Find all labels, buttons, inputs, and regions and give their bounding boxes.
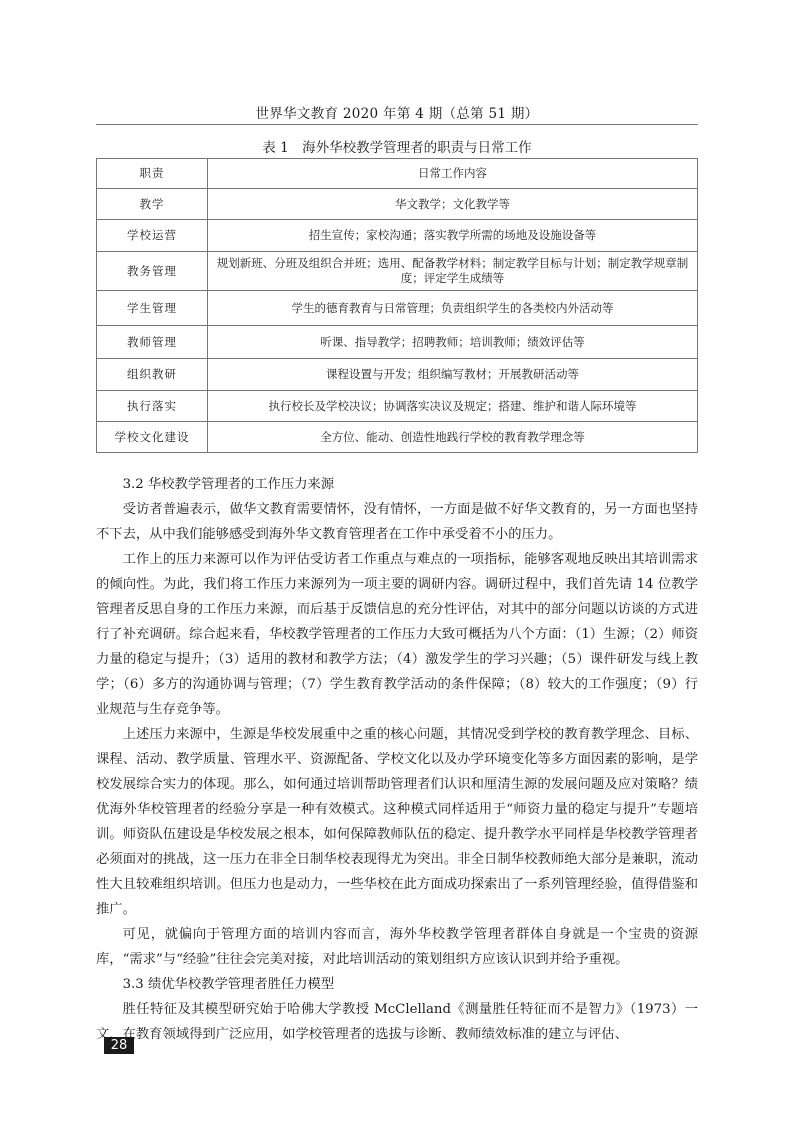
header-duty: 职责 [97, 159, 208, 189]
page-number: 28 [104, 1037, 134, 1054]
table-row: 组织教研课程设置与开发；组织编写教材；开展教研活动等 [97, 359, 698, 391]
section-heading-3-2: 3.2 华校教学管理者的工作压力来源 [96, 472, 698, 497]
header-rule [96, 124, 698, 125]
paragraph: 上述压力来源中，生源是华校发展重中之重的核心问题，其情况受到学校的教育教学理念、… [96, 722, 698, 922]
content-cell: 全方位、能动、创造性地践行学校的教育教学理念等 [208, 422, 698, 453]
header-content: 日常工作内容 [208, 159, 698, 189]
table-row: 学生管理学生的德育教育与日常管理；负责组织学生的各类校内外活动等 [97, 291, 698, 326]
table-row: 教师管理听课、指导教学；招聘教师；培训教师；绩效评估等 [97, 326, 698, 359]
duty-cell: 教务管理 [97, 252, 208, 291]
paragraph: 受访者普遍表示，做华文教育需要情怀，没有情怀，一方面是做不好华文教育的，另一方面… [96, 497, 698, 547]
paragraph: 可见，就偏向于管理方面的培训内容而言，海外华校教学管理者群体自身就是一个宝贵的资… [96, 922, 698, 972]
duty-cell: 学校文化建设 [97, 422, 208, 453]
content-cell: 执行校长及学校决议；协调落实决议及规定；搭建、维护和谐人际环境等 [208, 391, 698, 422]
table-caption: 表 1 海外华校教学管理者的职责与日常工作 [96, 136, 698, 156]
article-body: 3.2 华校教学管理者的工作压力来源 受访者普遍表示，做华文教育需要情怀，没有情… [96, 472, 698, 1047]
duty-cell: 教学 [97, 189, 208, 220]
paragraph: 工作上的压力来源可以作为评估受访者工作重点与难点的一项指标，能够客观地反映出其培… [96, 547, 698, 722]
content-cell: 课程设置与开发；组织编写教材；开展教研活动等 [208, 359, 698, 391]
paragraph: 胜任特征及其模型研究始于哈佛大学教授 McClelland《测量胜任特征而不是智… [96, 997, 698, 1047]
duty-cell: 学校运营 [97, 220, 208, 252]
running-head: 世界华文教育 2020 年第 4 期（总第 51 期） [96, 102, 698, 122]
table-row: 教务管理规划新班、分班及组织合并班；选用、配备教学材料；制定教学目标与计划；制定… [97, 252, 698, 291]
content-cell: 华文教学；文化教学等 [208, 189, 698, 220]
duty-cell: 教师管理 [97, 326, 208, 359]
content-cell: 规划新班、分班及组织合并班；选用、配备教学材料；制定教学目标与计划；制定教学规章… [208, 252, 698, 291]
table-row: 学校文化建设全方位、能动、创造性地践行学校的教育教学理念等 [97, 422, 698, 453]
content-cell: 学生的德育教育与日常管理；负责组织学生的各类校内外活动等 [208, 291, 698, 326]
duties-table: 职责 日常工作内容 教学华文教学；文化教学等学校运营招生宣传；家校沟通；落实教学… [96, 158, 698, 453]
table-row: 学校运营招生宣传；家校沟通；落实教学所需的场地及设施设备等 [97, 220, 698, 252]
duty-cell: 学生管理 [97, 291, 208, 326]
content-cell: 听课、指导教学；招聘教师；培训教师；绩效评估等 [208, 326, 698, 359]
content-cell: 招生宣传；家校沟通；落实教学所需的场地及设施设备等 [208, 220, 698, 252]
section-heading-3-3: 3.3 绩优华校教学管理者胜任力模型 [96, 972, 698, 997]
table-row: 教学华文教学；文化教学等 [97, 189, 698, 220]
table-row: 执行落实执行校长及学校决议；协调落实决议及规定；搭建、维护和谐人际环境等 [97, 391, 698, 422]
duty-cell: 组织教研 [97, 359, 208, 391]
table-header-row: 职责 日常工作内容 [97, 159, 698, 189]
duty-cell: 执行落实 [97, 391, 208, 422]
